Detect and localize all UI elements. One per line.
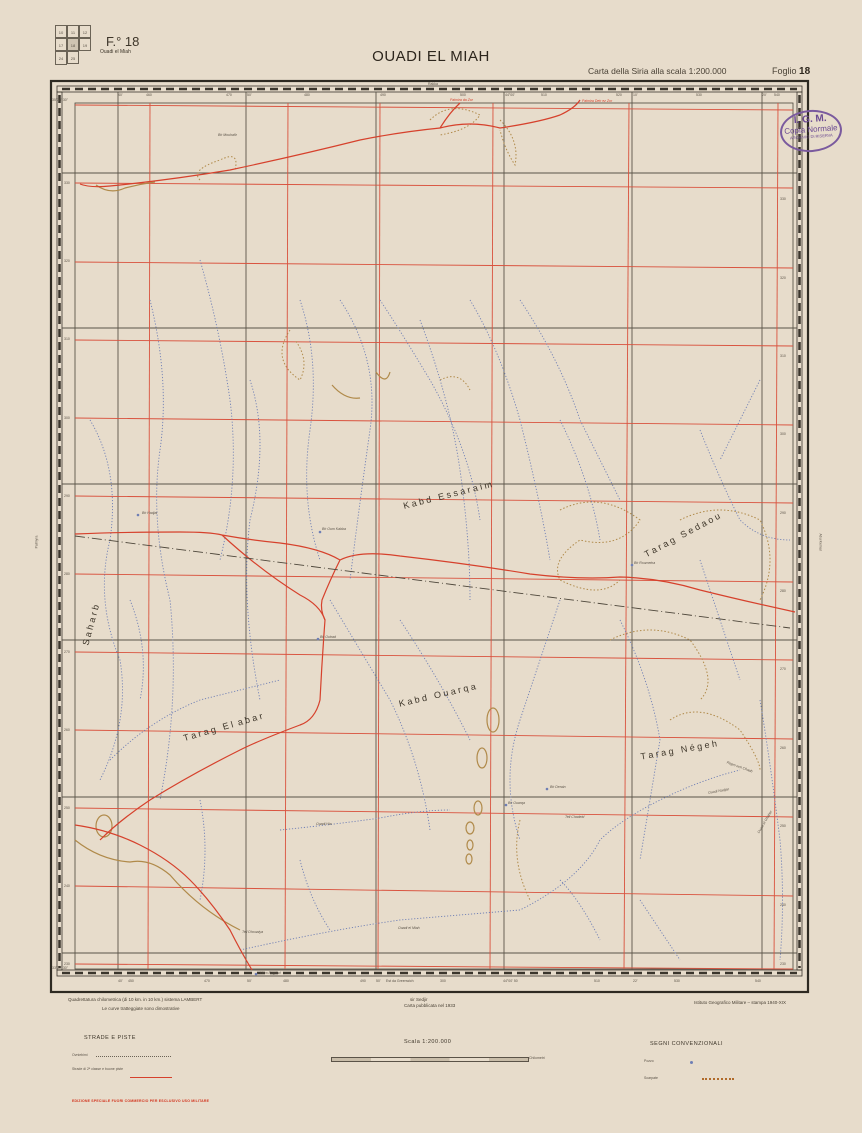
road-legend-red-symbol — [130, 1077, 172, 1078]
left-side-label: Palmyra — [34, 536, 38, 549]
bottom-tick: 450 — [128, 979, 134, 983]
top-tick: 540 — [774, 93, 780, 97]
scale-bar — [331, 1057, 529, 1062]
place-label: Bir Hadjal — [142, 511, 157, 515]
wells — [137, 514, 634, 976]
right-tick: 300 — [780, 432, 786, 436]
right-tick: 330 — [780, 197, 786, 201]
right-tick: 280 — [780, 589, 786, 593]
legend-well-label: Pozzo — [644, 1059, 654, 1063]
place-label: Palmira Deir ez Zor — [582, 99, 612, 103]
roads-title: STRADE E PISTE — [84, 1035, 136, 1041]
right-tick: 250 — [780, 824, 786, 828]
scale-title: Scala 1:200.000 — [404, 1039, 451, 1045]
right-tick: 290 — [780, 511, 786, 515]
right-tick: 320 — [780, 276, 786, 280]
top-tick: 44°00' — [505, 93, 515, 97]
wadi-network — [90, 260, 790, 960]
place-label: Bir Mouhafir — [218, 133, 237, 137]
top-tick: 510 — [541, 93, 547, 97]
left-tick: 230 — [64, 962, 70, 966]
place-label: Palmira da Zor — [450, 98, 473, 102]
scale-unit: Chilometri — [529, 1056, 545, 1060]
top-tick: 520 — [616, 93, 622, 97]
top-tick: 50' — [247, 93, 252, 97]
bottom-tick: 40' — [118, 979, 123, 983]
bottom-tick: 480 — [283, 979, 289, 983]
right-tick: 230 — [780, 962, 786, 966]
left-tick: 260 — [64, 728, 70, 732]
top-tick: 530 — [696, 93, 702, 97]
published-top: sir Sedjir — [410, 997, 428, 1002]
place-label: Bir Ouarqa — [508, 801, 525, 805]
left-tick: 330 — [64, 181, 70, 185]
right-side-label: Abu Kemal — [819, 533, 823, 550]
place-label: Tell Chadeid — [565, 815, 584, 819]
place-label: Ouadi el Miah — [398, 926, 420, 930]
map-outer-frame — [51, 81, 808, 992]
institute-note: Istituto Geografico Militare – stampa 19… — [694, 1000, 786, 1005]
left-tick: 250 — [64, 806, 70, 810]
place-label: Bir Outrad — [320, 635, 336, 639]
bottom-tick: 50' — [376, 979, 381, 983]
left-tick: 240 — [64, 884, 70, 888]
place-label: Ouadi Hia — [316, 822, 332, 826]
bottom-tick: 50' — [247, 979, 252, 983]
place-label: Bir Derain — [550, 785, 566, 789]
top-tick: 460 — [146, 93, 152, 97]
top-side-label: Rakka — [428, 82, 438, 86]
left-tick: 280 — [64, 572, 70, 576]
published-note: Carta pubblicata nel 1933 — [404, 1003, 455, 1008]
place-label: Hera Bagdad — [260, 971, 281, 975]
left-tick: 320 — [64, 259, 70, 263]
place-label: Tell Dhouaiya — [242, 930, 263, 934]
left-tick: 270 — [64, 650, 70, 654]
bottom-tick: 470 — [204, 979, 210, 983]
top-tick: 10' — [633, 93, 638, 97]
bottom-tick: 490 — [360, 979, 366, 983]
legend-escarpment-label: Scarpate — [644, 1076, 658, 1080]
top-tick: 500 — [460, 93, 466, 97]
left-tick: 300 — [64, 416, 70, 420]
right-tick: 270 — [780, 667, 786, 671]
bottom-tick: 22' — [633, 979, 638, 983]
top-tick: 470 — [226, 93, 232, 97]
right-tick: 260 — [780, 746, 786, 750]
special-edition-note: EDIZIONE SPECIALE FUORI COMMERCIO PER ES… — [72, 1099, 209, 1103]
road-legend-label: Strade di 2ª classe e buone piste — [72, 1067, 132, 1071]
corner-coordinate: 35°38' 30" — [52, 98, 68, 102]
top-tick: 480 — [304, 93, 310, 97]
contour-note: Le curve tratteggiate sono dimostrative — [102, 1006, 180, 1011]
grid-note: Quadrettatura chilometrica (di 10 km. in… — [68, 997, 202, 1002]
legend-title: SEGNI CONVENZIONALI — [650, 1041, 723, 1047]
bottom-tick: 510 — [594, 979, 600, 983]
map-canvas[interactable] — [0, 0, 862, 1133]
road-legend-label: Ovniebimi — [72, 1053, 88, 1057]
place-label: Bir Oum Kabba — [322, 527, 346, 531]
right-tick: 310 — [780, 354, 786, 358]
left-tick: 310 — [64, 337, 70, 341]
left-tick: 290 — [64, 494, 70, 498]
corner-coordinate: 33°32' 30" — [52, 966, 68, 970]
top-tick: 20' — [762, 93, 767, 97]
bottom-tick: 540 — [755, 979, 761, 983]
bottom-tick: 44°00' 50 — [503, 979, 518, 983]
top-tick: 490 — [380, 93, 386, 97]
road-legend-dashed-symbol — [96, 1056, 171, 1057]
bottom-tick: 300 — [440, 979, 446, 983]
right-tick: 240 — [780, 903, 786, 907]
well-symbol-icon — [690, 1061, 693, 1064]
bottom-tick: Est da Greenwich — [386, 979, 414, 983]
bottom-tick: 530 — [674, 979, 680, 983]
boundary-line — [75, 536, 790, 628]
top-tick: 40' — [118, 93, 123, 97]
escarpment-symbol-icon — [702, 1078, 734, 1080]
contour-lines — [198, 109, 771, 900]
place-label: Bir Roumeina — [634, 561, 655, 565]
